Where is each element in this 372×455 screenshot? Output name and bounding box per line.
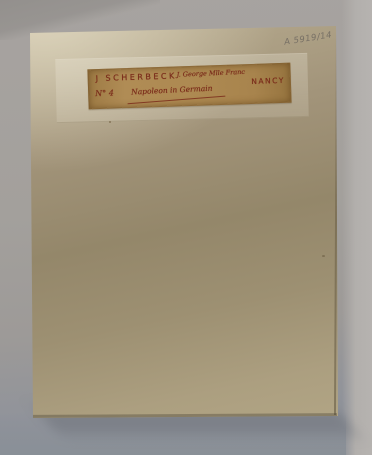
- label-title-text: Napoleon in Germain: [131, 84, 213, 97]
- label-city: NANCY: [251, 76, 285, 86]
- surface-speck: [322, 255, 325, 257]
- pencil-inventory-number: A 5919/14: [284, 30, 333, 47]
- label-number: N° 4: [95, 89, 114, 99]
- surface-speck: [109, 121, 111, 123]
- label-artist-name: J SCHERBECK: [96, 71, 177, 83]
- card-verso: J SCHERBECK J. George Mlle Franc NANCY N…: [0, 0, 372, 455]
- backdrop-right-band: [342, 0, 372, 455]
- archive-label: J SCHERBECK J. George Mlle Franc NANCY N…: [87, 63, 291, 110]
- label-handwritten-note: J. George Mlle Franc: [176, 68, 245, 79]
- label-underline-stroke: [128, 96, 226, 105]
